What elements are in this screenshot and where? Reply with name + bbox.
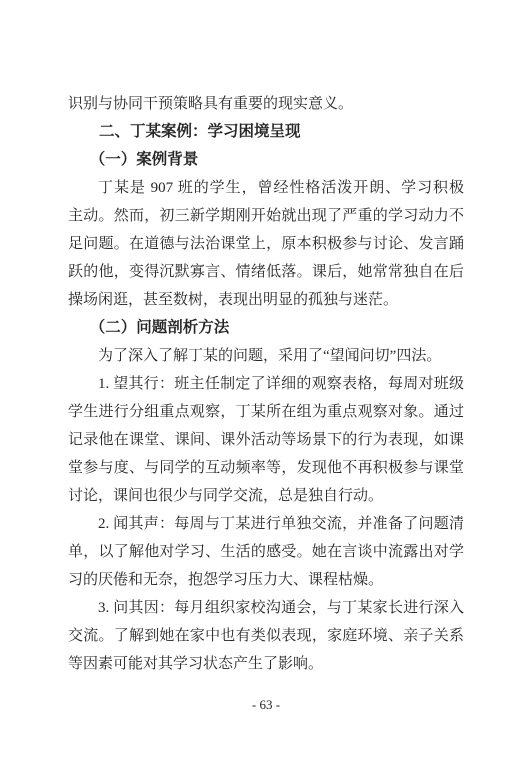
text-line: 主动。然而，初三新学期刚开始就出现了严重的学习动力不 [68, 202, 464, 230]
text-line: 识别与协同干预策略具有重要的现实意义。 [68, 90, 464, 118]
text-line: 讨论，课间也很少与同学交流，总是独自行动。 [68, 482, 464, 510]
text-line: 3. 问其因：每月组织家校沟通会，与丁某家长进行深入 [68, 594, 464, 622]
text-line: 1. 望其行：班主任制定了详细的观察表格，每周对班级 [68, 370, 464, 398]
text-line: 为了深入了解丁某的问题，采用了“望闻问切”四法。 [68, 342, 464, 370]
section-heading: 二、丁某案例：学习困境呈现 [68, 118, 464, 146]
text-line: 堂参与度、与同学的互动频率等，发现他不再积极参与课堂 [68, 454, 464, 482]
text-line: 记录他在课堂、课间、课外活动等场景下的行为表现，如课 [68, 426, 464, 454]
sub-heading: （二）问题剖析方法 [68, 314, 464, 342]
text-line: 跃的他，变得沉默寡言、情绪低落。课后，她常常独自在后 [68, 258, 464, 286]
sub-heading: （一）案例背景 [68, 146, 464, 174]
text-line: 丁某是 907 班的学生，曾经性格活泼开朗、学习积极 [68, 174, 464, 202]
text-line: 等因素可能对其学习状态产生了影响。 [68, 650, 464, 678]
text-line: 足问题。在道德与法治课堂上，原本积极参与讨论、发言踊 [68, 230, 464, 258]
text-line: 学生进行分组重点观察，丁某所在组为重点观察对象。通过 [68, 398, 464, 426]
page-number: - 63 - [0, 697, 532, 713]
text-line: 交流。了解到她在家中也有类似表现，家庭环境、亲子关系 [68, 622, 464, 650]
text-line: 2. 闻其声：每周与丁某进行单独交流，并准备了问题清 [68, 510, 464, 538]
text-line: 操场闲逛，甚至数树，表现出明显的孤独与迷茫。 [68, 286, 464, 314]
text-line: 习的厌倦和无奈，抱怨学习压力大、课程枯燥。 [68, 566, 464, 594]
document-page: 识别与协同干预策略具有重要的现实意义。二、丁某案例：学习困境呈现（一）案例背景丁… [0, 0, 532, 768]
document-body: 识别与协同干预策略具有重要的现实意义。二、丁某案例：学习困境呈现（一）案例背景丁… [68, 90, 464, 678]
text-line: 单，以了解他对学习、生活的感受。她在言谈中流露出对学 [68, 538, 464, 566]
